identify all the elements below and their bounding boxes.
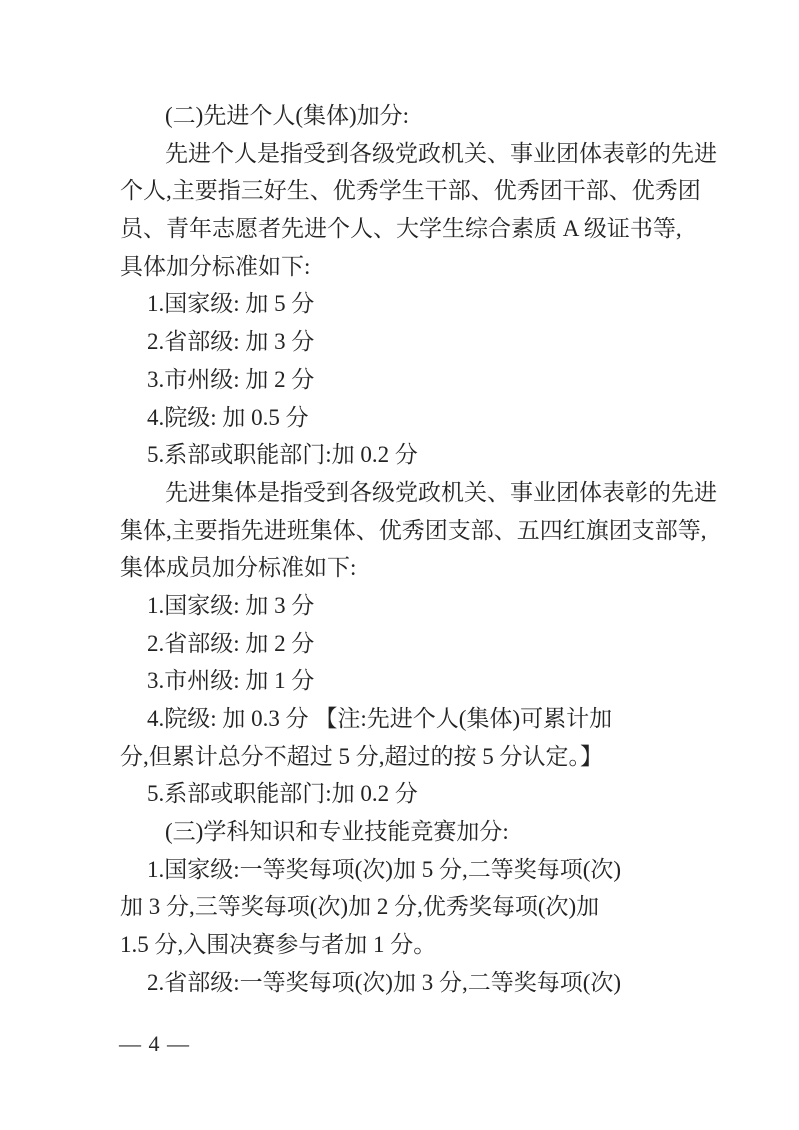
document-page: (二)先进个人(集体)加分: 先进个人是指受到各级党政机关、事业团体表彰的先进 … [0, 0, 799, 1130]
list-item: 2.省部级: 加 2 分 [120, 625, 682, 663]
list-item: 2.省部级: 加 3 分 [120, 323, 682, 361]
page-number: — 4 — [119, 1031, 190, 1057]
list-item: 5.系部或职能部门:加 0.2 分 [120, 436, 682, 474]
list-item: 1.国家级: 加 3 分 [120, 587, 682, 625]
list-item: 1.国家级:一等奖每项(次)加 5 分,二等奖每项(次) [120, 851, 682, 889]
paragraph-line: 员、青年志愿者先进个人、大学生综合素质 A 级证书等, [120, 210, 682, 248]
paragraph-line: 先进集体是指受到各级党政机关、事业团体表彰的先进 [120, 474, 682, 512]
paragraph-line: 先进个人是指受到各级党政机关、事业团体表彰的先进 [120, 135, 682, 173]
section-heading-3: (三)学科知识和专业技能竞赛加分: [120, 813, 682, 851]
paragraph-line: 加 3 分,三等奖每项(次)加 2 分,优秀奖每项(次)加 [120, 888, 682, 926]
paragraph-line: 集体,主要指先进班集体、优秀团支部、五四红旗团支部等, [120, 512, 682, 550]
list-item: 4.院级: 加 0.5 分 [120, 399, 682, 437]
document-body: (二)先进个人(集体)加分: 先进个人是指受到各级党政机关、事业团体表彰的先进 … [120, 97, 682, 1002]
list-item: 2.省部级:一等奖每项(次)加 3 分,二等奖每项(次) [120, 964, 682, 1002]
list-item: 4.院级: 加 0.3 分 【注:先进个人(集体)可累计加 [120, 700, 682, 738]
section-heading-2: (二)先进个人(集体)加分: [120, 97, 682, 135]
paragraph-line: 具体加分标准如下: [120, 248, 682, 286]
list-item: 3.市州级: 加 1 分 [120, 662, 682, 700]
list-item: 3.市州级: 加 2 分 [120, 361, 682, 399]
paragraph-line: 个人,主要指三好生、优秀学生干部、优秀团干部、优秀团 [120, 172, 682, 210]
list-item: 1.国家级: 加 5 分 [120, 285, 682, 323]
paragraph-line: 集体成员加分标准如下: [120, 549, 682, 587]
list-item: 5.系部或职能部门:加 0.2 分 [120, 775, 682, 813]
paragraph-line: 1.5 分,入围决赛参与者加 1 分。 [120, 926, 682, 964]
paragraph-line: 分,但累计总分不超过 5 分,超过的按 5 分认定。】 [120, 738, 682, 776]
